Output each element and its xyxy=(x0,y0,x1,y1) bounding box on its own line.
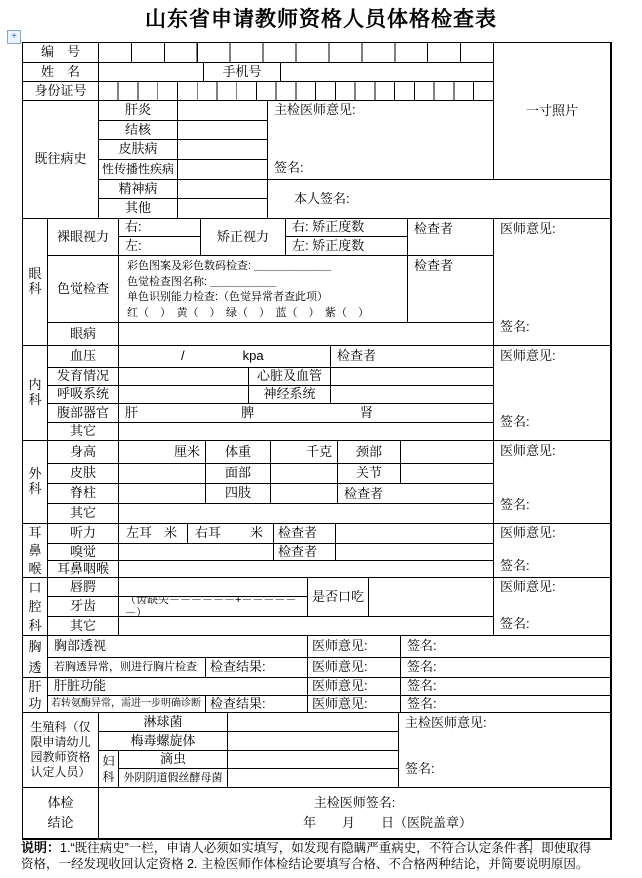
footnote-label: 说明： xyxy=(21,840,60,855)
teeth-label: 牙齿 xyxy=(48,597,119,617)
doctor-opinion-label: 医师意见: xyxy=(500,349,556,364)
height-label: 身高 xyxy=(48,441,119,464)
respiratory-field[interactable] xyxy=(119,386,249,404)
hearing-right-field[interactable]: 右耳 米 xyxy=(188,524,274,544)
teeth-field[interactable]: （齿缺失－－－－－－+－－－－－－） xyxy=(119,597,308,617)
name-label: 姓 名 xyxy=(23,63,99,82)
name-field[interactable] xyxy=(99,63,204,82)
oral-opinion-cell: 医师意见: 签名: xyxy=(494,578,611,636)
doctor-opinion-label: 医师意见: xyxy=(500,580,556,595)
history-chief-opinion-cell: 主检医师意见: 签名: xyxy=(268,101,494,180)
sign-label: 签名: xyxy=(500,559,530,574)
self-sign-cell: 本人签名: xyxy=(268,180,611,219)
syphilis-label: 梅毒螺旋体 xyxy=(99,732,228,751)
liverfn-row2-opinion: 医师意见: xyxy=(308,696,401,713)
abdomen-spleen-label: 脾 xyxy=(241,406,254,421)
candida-field[interactable] xyxy=(228,769,399,788)
table-move-handle-icon[interactable]: + xyxy=(7,30,21,44)
color-examiner-cell: 检查者 xyxy=(408,256,494,323)
liverfn-section-label: 肝 功 xyxy=(23,678,48,713)
sign-label: 签名: xyxy=(500,498,530,513)
throat-label: 耳鼻咽喉 xyxy=(48,561,119,578)
oral-other-field[interactable] xyxy=(119,617,494,636)
sign-label: 签名: xyxy=(274,161,304,176)
bp-slash: / xyxy=(181,349,185,364)
history-value-tb[interactable] xyxy=(178,121,268,140)
corrected-vision-label: 矫正视力 xyxy=(201,219,286,256)
limbs-field[interactable] xyxy=(271,484,338,504)
photo-placeholder: 一寸照片 xyxy=(494,43,611,180)
abdomen-field[interactable]: 肝 脾 肾 xyxy=(119,404,494,423)
history-value-std[interactable] xyxy=(178,160,268,180)
height-field[interactable]: 厘米 xyxy=(119,441,206,464)
spine-label: 脊柱 xyxy=(48,484,119,504)
stutter-field[interactable] xyxy=(369,578,494,617)
weight-field[interactable]: 千克 xyxy=(271,441,338,464)
history-item-tb: 结核 xyxy=(99,121,178,140)
exam-number-label: 编 号 xyxy=(23,43,99,63)
repro-section-label: 生殖科（仅限申请幼儿园教师资格认定人员） xyxy=(23,713,99,788)
joint-label: 关节 xyxy=(338,464,401,484)
internal-opinion-cell: 医师意见: 签名: xyxy=(494,346,611,441)
history-item-other: 其他 xyxy=(99,199,178,219)
doctor-opinion-label: 医师意见: xyxy=(500,444,556,459)
vision-examiner-cell: 检查者 xyxy=(408,219,494,256)
abdomen-kidney-label: 肾 xyxy=(360,406,373,421)
vision-left-field[interactable]: 左: xyxy=(119,237,201,256)
bp-unit: kpa xyxy=(243,349,264,364)
heart-label: 心脏及血管 xyxy=(249,368,331,386)
gyn-label: 妇 科 xyxy=(99,751,119,788)
chief-opinion-label: 主检医师意见: xyxy=(274,103,356,118)
left-ear-label: 左耳 xyxy=(126,526,152,541)
history-item-mental: 精神病 xyxy=(99,180,178,199)
ent-section-label: 耳 鼻 喉 xyxy=(23,524,48,578)
sign-label: 签名: xyxy=(500,617,530,632)
liverfn-row2-label: 若转氨酶异常，需进一步明确诊断 xyxy=(48,696,206,713)
chest-row1-label: 胸部透视 xyxy=(48,636,308,658)
bp-field[interactable]: / kpa xyxy=(119,346,331,368)
naked-vision-label: 裸眼视力 xyxy=(48,219,119,256)
skin-field[interactable] xyxy=(119,464,206,484)
history-value-skin[interactable] xyxy=(178,140,268,160)
surgery-opinion-cell: 医师意见: 签名: xyxy=(494,441,611,524)
right-ear-label: 右耳 xyxy=(195,526,221,541)
history-item-std: 性传播性疾病 xyxy=(99,160,178,180)
bp-label: 血压 xyxy=(48,346,119,368)
spine-field[interactable] xyxy=(119,484,206,504)
hearing-examiner-field[interactable] xyxy=(336,524,494,544)
weight-label: 体重 xyxy=(206,441,271,464)
eye-section-label: 眼 科 xyxy=(23,219,48,346)
face-label: 面部 xyxy=(206,464,271,484)
joint-field[interactable] xyxy=(401,464,494,484)
growth-field[interactable] xyxy=(119,368,249,386)
phone-label: 手机号 xyxy=(204,63,281,82)
surgery-section-label: 外 科 xyxy=(23,441,48,524)
smell-examiner-cell: 检查者 xyxy=(274,544,336,561)
surgery-examiner-cell: 检查者 xyxy=(338,484,494,504)
hearing-examiner-cell: 检查者 xyxy=(274,524,336,544)
vision-right-field[interactable]: 右: xyxy=(119,219,201,237)
form-page: 山东省申请教师资格人员体格检查表 + 编 号 一寸照片 姓 名 手机号 身份证号… xyxy=(0,0,642,878)
conclusion-cell[interactable]: 主检医师签名: 年 月 日（医院盖章） xyxy=(99,788,611,839)
candida-label: 外阴阴道假丝酵母菌 xyxy=(119,769,228,788)
history-section-label: 既往病史 xyxy=(23,101,99,219)
oral-other-label: 其它 xyxy=(48,617,119,636)
exam-form-table: 编 号 一寸照片 姓 名 手机号 身份证号 既往病史 肝炎 结核 皮肤病 性传播… xyxy=(22,42,612,840)
paragraph-mark xyxy=(524,840,532,850)
chest-row2-sign: 签名: xyxy=(401,658,611,678)
gonococcus-field[interactable] xyxy=(228,713,399,732)
smell-label: 嗅觉 xyxy=(48,544,119,561)
respiratory-label: 呼吸系统 xyxy=(48,386,119,404)
internal-other-field[interactable] xyxy=(119,423,494,441)
heart-field[interactable] xyxy=(331,368,494,386)
gonococcus-label: 淋球菌 xyxy=(99,713,228,732)
chest-row2-opinion: 医师意见: xyxy=(308,658,401,678)
corrected-right-field[interactable]: 右: 矫正度数 xyxy=(286,219,408,237)
skin-label: 皮肤 xyxy=(48,464,119,484)
eye-disease-field[interactable] xyxy=(119,323,494,346)
throat-field[interactable] xyxy=(119,561,494,578)
id-number-boxes[interactable] xyxy=(99,82,494,101)
abdomen-liver-label: 肝 xyxy=(125,406,138,421)
syphilis-field[interactable] xyxy=(228,732,399,751)
stutter-label: 是否口吃 xyxy=(308,578,369,617)
liverfn-row1-sign: 签名: xyxy=(401,678,611,696)
chest-row1-sign: 签名: xyxy=(401,636,611,658)
meter-unit: 米 xyxy=(250,526,263,541)
chest-section-label: 胸 透 xyxy=(23,636,48,678)
history-value-mental[interactable] xyxy=(178,180,268,199)
phone-field[interactable] xyxy=(281,63,494,82)
sign-label: 签名: xyxy=(500,320,530,335)
internal-section-label: 内 科 xyxy=(23,346,48,441)
oral-section-label: 口 腔 科 xyxy=(23,578,48,636)
hearing-left-field[interactable]: 左耳 米 xyxy=(119,524,188,544)
liverfn-row1-label: 肝脏功能 xyxy=(48,678,308,696)
history-value-hepatitis[interactable] xyxy=(178,101,268,121)
conclusion-label: 体检 结论 xyxy=(23,788,99,839)
sign-label: 签名: xyxy=(500,415,530,430)
eye-disease-label: 眼病 xyxy=(48,323,119,346)
color-vision-content: 彩色图案及彩色数码检查: ＿＿＿＿＿＿＿ 色觉检查图名称: ＿＿＿＿＿＿ 单色识… xyxy=(119,256,408,323)
lips-label: 唇腭 xyxy=(48,578,119,597)
limbs-label: 四肢 xyxy=(206,484,271,504)
liverfn-row2-sign: 签名: xyxy=(401,696,611,713)
eye-opinion-cell: 医师意见: 签名: xyxy=(494,219,611,346)
nerve-label: 神经系统 xyxy=(249,386,331,404)
chest-result-label: 检查结果: xyxy=(206,658,308,678)
nerve-field[interactable] xyxy=(331,386,494,404)
doctor-opinion-label: 医师意见: xyxy=(500,222,556,237)
internal-other-label: 其它 xyxy=(48,423,119,441)
history-item-hepatitis: 肝炎 xyxy=(99,101,178,121)
id-number-label: 身份证号 xyxy=(23,82,99,101)
history-value-other[interactable] xyxy=(178,199,268,219)
face-field[interactable] xyxy=(271,464,338,484)
smell-examiner-field[interactable] xyxy=(336,544,494,561)
neck-field[interactable] xyxy=(401,441,494,464)
repro-opinion-cell: 主检医师意见: 签名: xyxy=(399,713,611,788)
history-item-skin: 皮肤病 xyxy=(99,140,178,160)
trichomonas-field[interactable] xyxy=(228,751,399,769)
date-stamp-line: 年 月 日（医院盖章） xyxy=(303,816,472,831)
surgery-other-field[interactable] xyxy=(119,504,494,524)
chest-row1-opinion: 医师意见: xyxy=(308,636,401,658)
exam-number-boxes[interactable] xyxy=(99,43,494,63)
smell-field[interactable] xyxy=(119,544,274,561)
surgery-other-label: 其它 xyxy=(48,504,119,524)
corrected-left-field[interactable]: 左: 矫正度数 xyxy=(286,237,408,256)
color-vision-label: 色觉检查 xyxy=(48,256,119,323)
hearing-label: 听力 xyxy=(48,524,119,544)
bp-examiner-cell: 检查者 xyxy=(331,346,494,368)
liverfn-result-label: 检查结果: xyxy=(206,696,308,713)
footnote: 说明：1.“既往病史”一栏，申请人必须如实填写，如发现有隐瞒严重病史，不符合认定… xyxy=(21,840,627,872)
trichomonas-label: 滴虫 xyxy=(119,751,228,769)
abdomen-label: 腹部器官 xyxy=(48,404,119,423)
ent-opinion-cell: 医师意见: 签名: xyxy=(494,524,611,578)
chest-row2-label: 若胸透异常，则进行胸片检查 xyxy=(48,658,206,678)
sign-label: 签名: xyxy=(405,762,435,777)
footnote-text: 1.“既往病史”一栏，申请人必须如实填写，如发现有隐瞒严重病史，不符合认定条件者… xyxy=(21,841,591,871)
page-title: 山东省申请教师资格人员体格检查表 xyxy=(0,3,642,33)
liverfn-row1-opinion: 医师意见: xyxy=(308,678,401,696)
doctor-opinion-label: 医师意见: xyxy=(500,526,556,541)
meter-unit: 米 xyxy=(164,526,177,541)
lips-field[interactable] xyxy=(119,578,308,597)
growth-label: 发育情况 xyxy=(48,368,119,386)
chief-sign-label: 主检医师签名: xyxy=(314,796,396,811)
neck-label: 颈部 xyxy=(338,441,401,464)
chief-opinion-label: 主检医师意见: xyxy=(405,716,487,731)
